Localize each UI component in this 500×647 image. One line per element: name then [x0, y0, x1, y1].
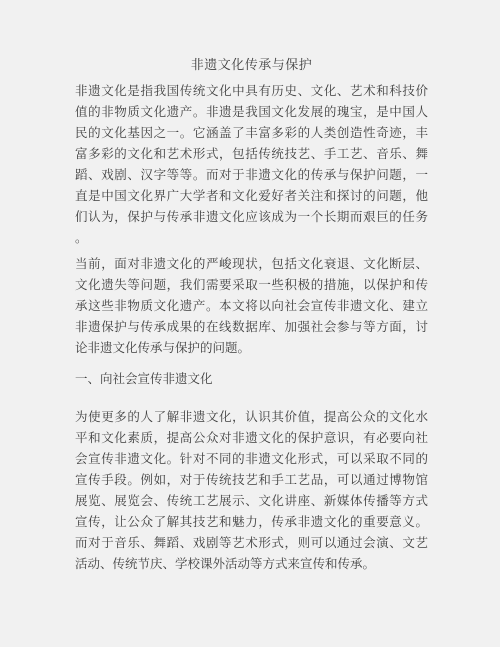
text-line: 承这些非物质文化遗产。本文将以向社会宣传非遗文化、建立 — [75, 296, 428, 317]
text-line: 宣传手段。例如，对于传统技艺和手工艺品，可以通过博物馆 — [75, 470, 428, 491]
text-line: 蹈、戏剧、汉字等等。而对于非遗文化的传承与保护问题，一 — [75, 165, 428, 186]
text-line: 们认为，保护与传承非遗文化应该成为一个长期而艰巨的任务 — [75, 207, 428, 228]
text-line: 而对于音乐、舞蹈、戏剧等艺术形式，则可以通过会演、文艺 — [75, 533, 428, 554]
paragraph: 当前，面对非遗文化的严峻现状，包括文化衰退、文化断层、文化遗失等问题，我们需要采… — [75, 254, 428, 359]
text-line: 活动、传统节庆、学校课外活动等方式来宣传和传承。 — [75, 554, 428, 575]
text-line: 一、向社会宣传非遗文化 — [75, 369, 428, 390]
text-line: 论非遗文化传承与保护的问题。 — [75, 338, 428, 359]
document-page: 非遗文化传承与保护 非遗文化是指我国传统文化中具有历史、文化、艺术和科技价值的非… — [0, 0, 500, 647]
document-content: 非遗文化传承与保护 非遗文化是指我国传统文化中具有历史、文化、艺术和科技价值的非… — [75, 54, 428, 575]
text-line: 展览、展览会、传统工艺展示、文化讲座、新媒体传播等方式 — [75, 491, 428, 512]
text-line: 非遗保护与传承成果的在线数据库、加强社会参与等方面，讨 — [75, 317, 428, 338]
document-title: 非遗文化传承与保护 — [75, 54, 428, 75]
text-line: 文化遗失等问题，我们需要采取一些积极的措施，以保护和传 — [75, 275, 428, 296]
text-line: 直是中国文化界广大学者和文化爱好者关注和探讨的问题，他 — [75, 186, 428, 207]
text-line: 富多彩的文化和艺术形式，包括传统技艺、手工艺、音乐、舞 — [75, 144, 428, 165]
text-line: 当前，面对非遗文化的严峻现状，包括文化衰退、文化断层、 — [75, 254, 428, 275]
text-line: 会宣传非遗文化。针对不同的非遗文化形式，可以采取不同的 — [75, 449, 428, 470]
document-body: 非遗文化是指我国传统文化中具有历史、文化、艺术和科技价值的非物质文化遗产。非遗是… — [75, 81, 428, 575]
text-line: 民的文化基因之一。它涵盖了丰富多彩的人类创造性奇迹，丰 — [75, 123, 428, 144]
text-line: 宣传，让公众了解其技艺和魅力，传承非遗文化的重要意义。 — [75, 512, 428, 533]
paragraph: 为使更多的人了解非遗文化，认识其价值，提高公众的文化水平和文化素质，提高公众对非… — [75, 407, 428, 575]
text-line: 。 — [75, 228, 428, 249]
text-line: 值的非物质文化遗产。非遗是我国文化发展的瑰宝，是中国人 — [75, 102, 428, 123]
text-line: 非遗文化是指我国传统文化中具有历史、文化、艺术和科技价 — [75, 81, 428, 102]
text-line: 平和文化素质，提高公众对非遗文化的保护意识，有必要向社 — [75, 428, 428, 449]
section-heading: 一、向社会宣传非遗文化 — [75, 369, 428, 390]
text-line: 为使更多的人了解非遗文化，认识其价值，提高公众的文化水 — [75, 407, 428, 428]
paragraph: 非遗文化是指我国传统文化中具有历史、文化、艺术和科技价值的非物质文化遗产。非遗是… — [75, 81, 428, 249]
